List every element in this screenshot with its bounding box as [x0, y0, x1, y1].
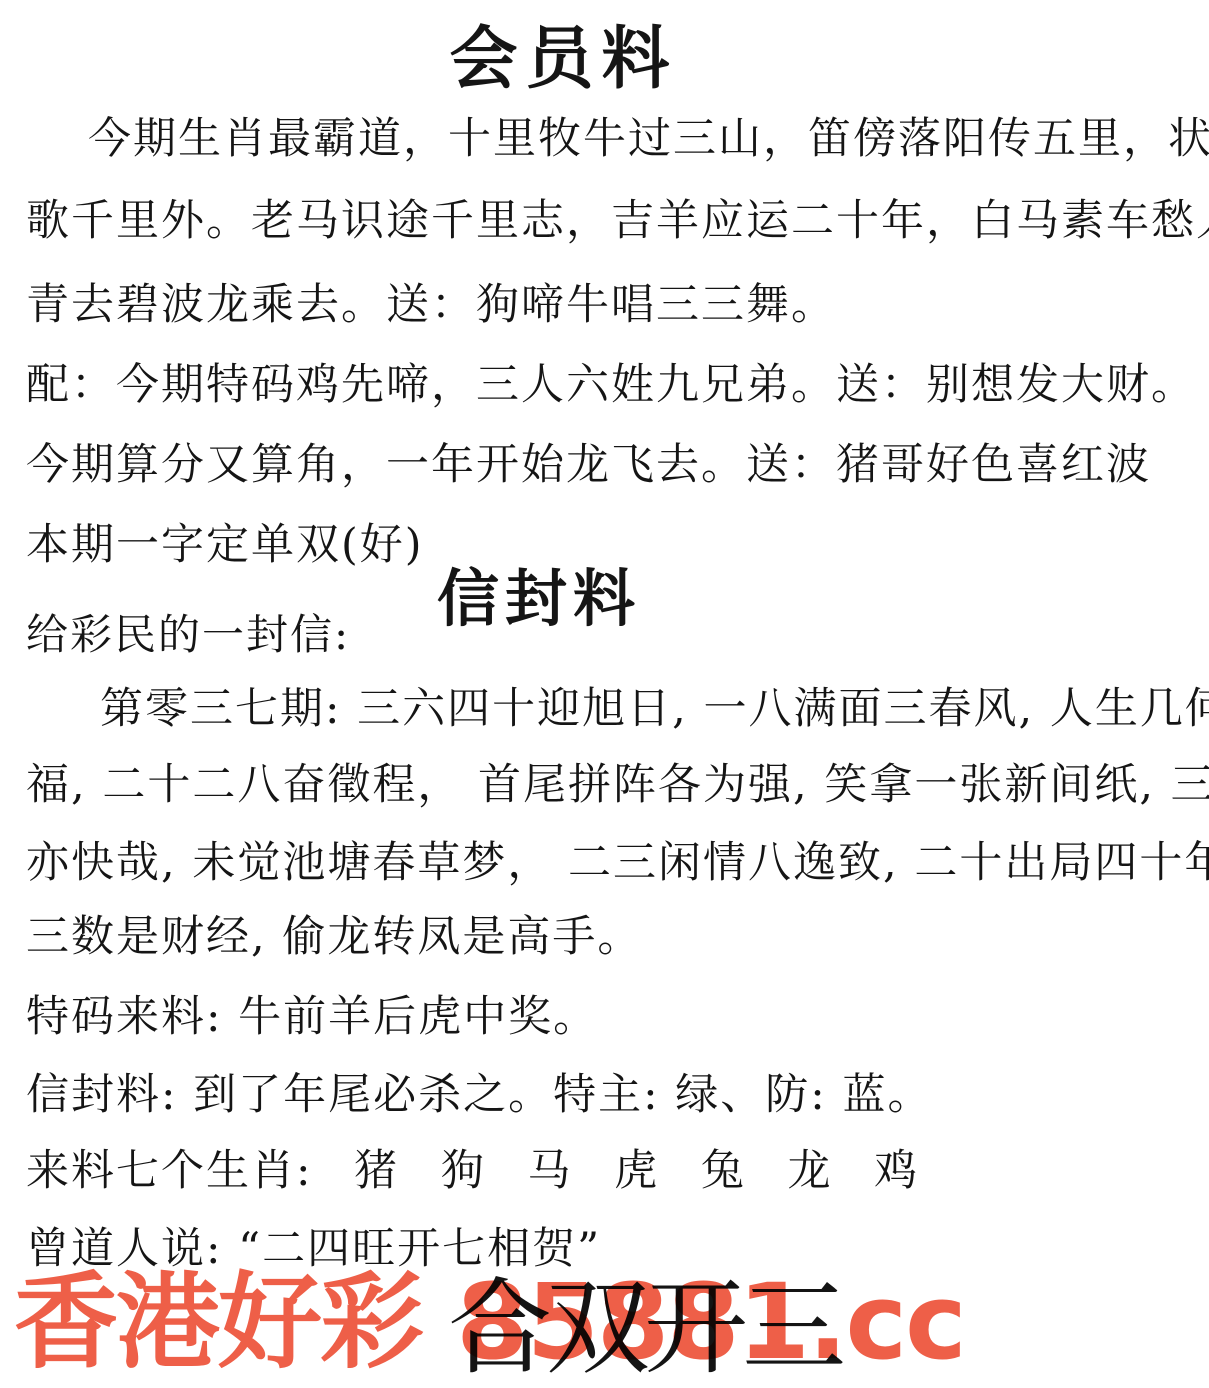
envelope-line: 福, 二十二八奋徵程， 首尾拼阵各为强, 笑拿一张新间纸, 三十三不 — [26, 762, 1209, 809]
envelope-line: 信封料: 到了年尾必杀之。特主: 绿、防: 蓝。 — [26, 1072, 932, 1119]
watermark: 香港好彩 85881.cc — [14, 1270, 965, 1374]
member-line: 配：今期特码鸡先啼，三人六姓九兄弟。送：别想发大财。 — [26, 362, 1196, 409]
envelope-line: 第零三七期: 三六四十迎旭日, 一八满面三春风, 人生几何胜过 — [100, 686, 1209, 733]
member-line: 青去碧波龙乘去。送：狗啼牛唱三三舞。 — [26, 282, 836, 329]
envelope-line: 特码来料: 牛前羊后虎中奖。 — [26, 994, 598, 1041]
member-line: 今期算分又算角，一年开始龙飞去。送：猪哥好色喜红波 — [26, 442, 1151, 489]
member-line: 本期一字定单双(好) — [26, 522, 424, 569]
member-line: 歌千里外。老马识途千里志，吉羊应运二十年，白马素车愁人梦， — [26, 198, 1209, 245]
member-line: 今期生肖最霸道，十里牧牛过三山，笛傍落阳传五里，状元传 — [88, 116, 1209, 163]
envelope-line: 三数是财经, 偷龙转凤是高手。 — [26, 914, 642, 961]
letter-to-punters-label: 给彩民的一封信: — [26, 602, 350, 662]
page: { "member": { "title": "会员料", "lines": [… — [0, 0, 1209, 1388]
envelope-line: 亦快哉, 未觉池塘春草梦， 二三闲情八逸致, 二十出局四十年, 笑谈 — [26, 840, 1209, 887]
zodiac-tips-line: 来料七个生肖: 猪 狗 马 虎 兔 龙 鸡 — [26, 1148, 919, 1195]
member-section-title: 会员料 — [0, 24, 1209, 95]
envelope-section-title: 信封料 — [437, 566, 641, 631]
